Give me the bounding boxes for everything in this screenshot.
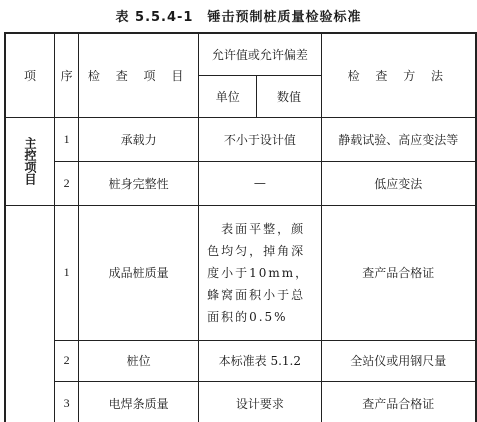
allowance-paragraph: 表面平整，颜色均匀，掉角深度小于10mm，蜂窝面积小于总面积的0.5% [199,218,321,328]
row-method: 低应变法 [321,161,476,205]
table-row: 3 电焊条质量 设计要求 查产品合格证 [5,381,476,422]
header-category: 项 [5,33,55,117]
table-title-text: 锤击预制桩质量检验标准 [207,10,361,25]
row-seq: 2 [55,161,79,205]
table-row: 2 桩位 本标准表 5.1.2 全站仪或用钢尺量 [5,340,476,381]
header-row: 项 序 检 查 项 目 允许值或允许偏差 检 查 方 法 [5,33,476,75]
row-method: 静载试验、高应变法等 [321,117,476,161]
row-seq: 1 [55,205,79,340]
row-method: 查产品合格证 [321,381,476,422]
row-seq: 1 [55,117,79,161]
row-item: 电焊条质量 [79,381,199,422]
header-item: 检 查 项 目 [79,33,199,117]
header-unit: 单位 [199,75,257,117]
table-title: 表 5.5.4-1锤击预制桩质量检验标准 [0,6,477,25]
row-seq: 3 [55,381,79,422]
row-item: 成品桩质量 [79,205,199,340]
row-allowance: 设计要求 [199,381,322,422]
header-allowance: 允许值或允许偏差 [199,33,322,75]
quality-inspection-table: 项 序 检 查 项 目 允许值或允许偏差 检 查 方 法 单位 数值 主控项目 … [4,32,477,422]
table-row: 2 桩身完整性 — 低应变法 [5,161,476,205]
row-item: 桩位 [79,340,199,381]
header-method: 检 查 方 法 [321,33,476,117]
category-main-control: 主控项目 [5,117,55,205]
row-method: 全站仪或用钢尺量 [321,340,476,381]
row-allowance: 表面平整，颜色均匀，掉角深度小于10mm，蜂窝面积小于总面积的0.5% [199,205,322,340]
row-allowance: 本标准表 5.1.2 [199,340,322,381]
table-row: 1 成品桩质量 表面平整，颜色均匀，掉角深度小于10mm，蜂窝面积小于总面积的0… [5,205,476,340]
table-number: 表 5.5.4-1 [116,10,194,25]
header-value: 数值 [257,75,321,117]
row-allowance: 不小于设计值 [199,117,322,161]
row-item: 桩身完整性 [79,161,199,205]
row-seq: 2 [55,340,79,381]
header-seq: 序 [55,33,79,117]
category-general [5,205,55,422]
row-allowance: — [199,161,322,205]
row-item: 承载力 [79,117,199,161]
row-method: 查产品合格证 [321,205,476,340]
table-row: 主控项目 1 承载力 不小于设计值 静载试验、高应变法等 [5,117,476,161]
